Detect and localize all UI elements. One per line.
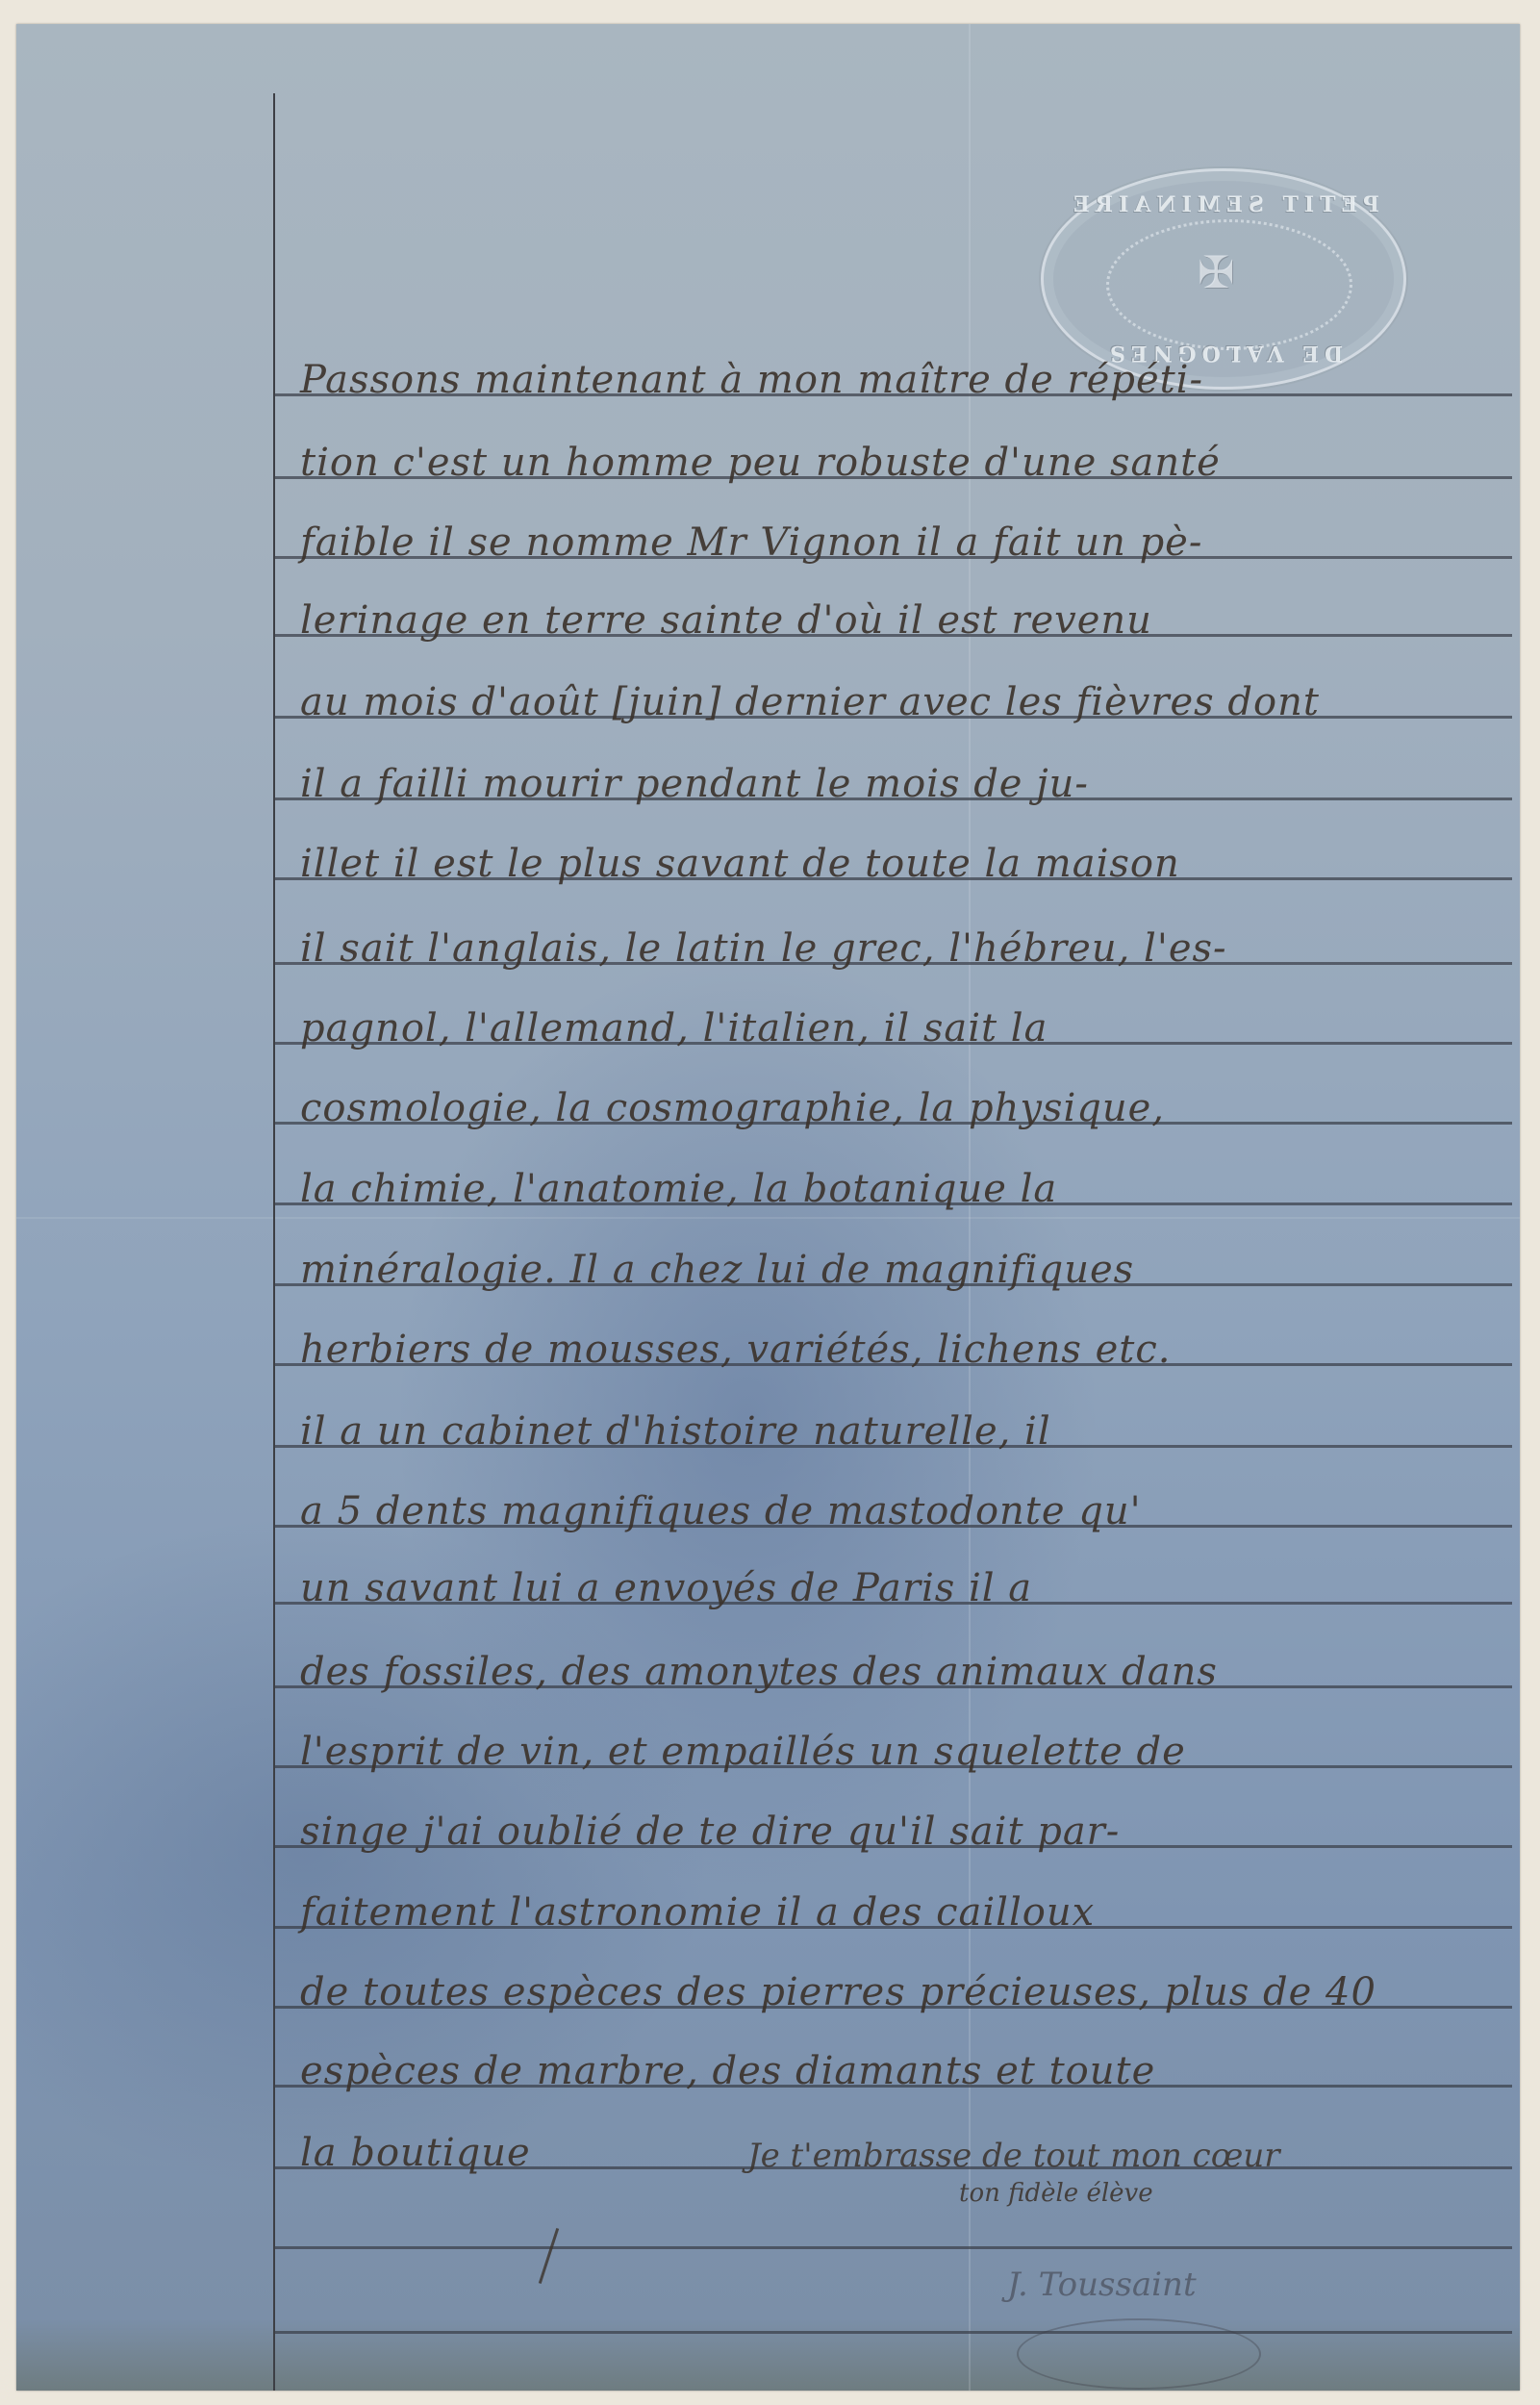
- closing-line: Je t'embrasse de tout mon cœur: [747, 2137, 1279, 2175]
- body-line: de toutes espèces des pierres précieuses…: [300, 1973, 1493, 2012]
- body-line: lerinage en terre sainte d'où il est rev…: [300, 601, 1493, 640]
- seal-top-text: PETIT SEMINAIRE: [1068, 192, 1379, 217]
- paper-fold-horizontal: [16, 1217, 1520, 1219]
- body-line: pagnol, l'allemand, l'italien, il sait l…: [300, 1009, 1493, 1048]
- body-line: l'esprit de vin, et empaillés un squelet…: [300, 1733, 1493, 1771]
- signature: J. Toussaint: [1007, 2266, 1197, 2304]
- body-line: des fossiles, des amonytes des animaux d…: [300, 1653, 1493, 1691]
- body-line: singe j'ai oublié de te dire qu'il sait …: [300, 1812, 1493, 1851]
- ruled-line: [275, 2331, 1512, 2334]
- body-line: un savant lui a envoyés de Paris il a: [300, 1569, 1493, 1608]
- body-line: illet il est le plus savant de toute la …: [300, 845, 1493, 883]
- body-line: tion c'est un homme peu robuste d'une sa…: [300, 443, 1493, 482]
- body-line: au mois d'août [juin] dernier avec les f…: [300, 683, 1493, 721]
- body-line: Passons maintenant à mon maître de répét…: [300, 361, 1493, 399]
- body-line: la boutique: [300, 2134, 531, 2172]
- body-line: minéralogie. Il a chez lui de magnifique…: [300, 1251, 1493, 1289]
- letter-page: PETIT SEMINAIRE ✠ DE VALOGNES Passons ma…: [16, 24, 1520, 2391]
- body-line: espèces de marbre, des diamants et toute: [300, 2052, 1493, 2090]
- body-line: la chimie, l'anatomie, la botanique la: [300, 1170, 1493, 1208]
- body-line: faitement l'astronomie il a des cailloux: [300, 1893, 1493, 1932]
- closing-line-2: ton fidèle élève: [959, 2179, 1153, 2208]
- margin-rule: [273, 93, 275, 2391]
- ruled-line: [275, 2246, 1512, 2249]
- signature-flourish: [1017, 2318, 1261, 2390]
- ink-stroke: [539, 2228, 559, 2284]
- body-line: herbiers de mousses, variétés, lichens e…: [300, 1330, 1493, 1369]
- body-line: cosmologie, la cosmographie, la physique…: [300, 1089, 1493, 1127]
- body-line: il a failli mourir pendant le mois de ju…: [300, 765, 1493, 803]
- seal-emblem-icon: ✠: [1198, 246, 1235, 298]
- body-line: il sait l'anglais, le latin le grec, l'h…: [300, 929, 1493, 968]
- embossed-seal: PETIT SEMINAIRE ✠ DE VALOGNES: [1041, 168, 1406, 390]
- body-line: il a un cabinet d'histoire naturelle, il: [300, 1412, 1493, 1451]
- body-line: a 5 dents magnifiques de mastodonte qu': [300, 1492, 1493, 1531]
- body-line: faible il se nomme Mr Vignon il a fait u…: [300, 523, 1493, 562]
